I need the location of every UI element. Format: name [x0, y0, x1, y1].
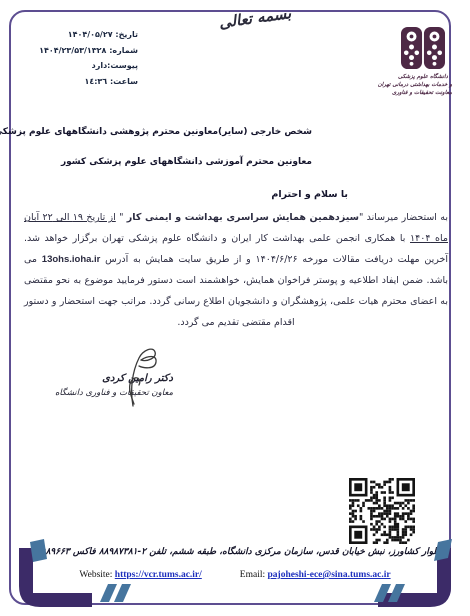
attachment-value: دارد	[92, 61, 108, 70]
meta-attachment-row: پیوست:دارد	[20, 58, 138, 74]
letter-meta-block: تاریخ: ۱۴۰۴/۰۵/۲۷ شماره: ۱۴۰۴/۲۳/۵۳/۱۳۲۸…	[20, 27, 138, 89]
email-label: Email:	[240, 570, 265, 580]
footer-address: بلوار کشاورز، نبش خیابان قدس، سازمان مرک…	[0, 547, 470, 557]
website-item: Website: https://vcr.tums.ac.ir/	[79, 570, 201, 580]
attachment-label: پیوست:	[107, 61, 138, 70]
website-link[interactable]: https://vcr.tums.ac.ir/	[115, 570, 202, 580]
recipient-line-2: معاونین محترم آموزشی دانشگاههای علوم پزش…	[0, 156, 312, 169]
date-value: ۱۴۰۴/۰۵/۲۷	[68, 30, 113, 39]
meta-time-row: ساعت: ١٤:٣٦	[20, 74, 138, 90]
university-emblem-icon	[400, 26, 446, 70]
org-line-2: و خدمات بهداشتی درمانی تهران	[394, 81, 452, 89]
meta-number-row: شماره: ۱۴۰۴/۲۳/۵۳/۱۳۲۸	[20, 43, 138, 59]
recipient-headings: شخص خارجی (سایر)معاونین محترم پژوهشی دان…	[0, 126, 312, 169]
handwritten-signature-icon	[103, 342, 161, 410]
letter-body: به استحضار میرساند "سیزدهمین همایش سراسر…	[24, 207, 448, 333]
date-label: تاریخ:	[115, 30, 138, 39]
time-label: ساعت:	[110, 77, 138, 86]
number-label: شماره:	[109, 46, 138, 55]
salutation: با سلام و احترام	[271, 189, 348, 200]
qr-code	[349, 478, 415, 544]
footer-links: Website: https://vcr.tums.ac.ir/ Email: …	[0, 570, 470, 580]
time-value: ١٤:٣٦	[84, 77, 107, 86]
org-line-1: دانشگاه علوم پزشکی	[394, 73, 452, 81]
email-item: Email: pajoheshi-ece@sina.tums.ac.ir	[240, 570, 391, 580]
email-link[interactable]: pajoheshi-ece@sina.tums.ac.ir	[268, 570, 391, 580]
letter-page: { "colors": { "frame_purple": "#5d4e91",…	[0, 0, 470, 616]
meta-date-row: تاریخ: ۱۴۰۴/۰۵/۲۷	[20, 27, 138, 43]
university-logo-block: دانشگاه علوم پزشکی و خدمات بهداشتی درمان…	[394, 26, 452, 97]
recipient-line-1: شخص خارجی (سایر)معاونین محترم پژوهشی دان…	[0, 126, 312, 139]
university-name: دانشگاه علوم پزشکی و خدمات بهداشتی درمان…	[394, 73, 452, 97]
website-label: Website:	[79, 570, 112, 580]
number-value: ۱۴۰۴/۲۳/۵۳/۱۳۲۸	[39, 46, 106, 55]
org-line-3: معاونت تحقیقات و فناوری	[394, 89, 452, 97]
signature-block: دکتر رامین کردی معاون تحقیقات و فناوری د…	[45, 350, 173, 398]
